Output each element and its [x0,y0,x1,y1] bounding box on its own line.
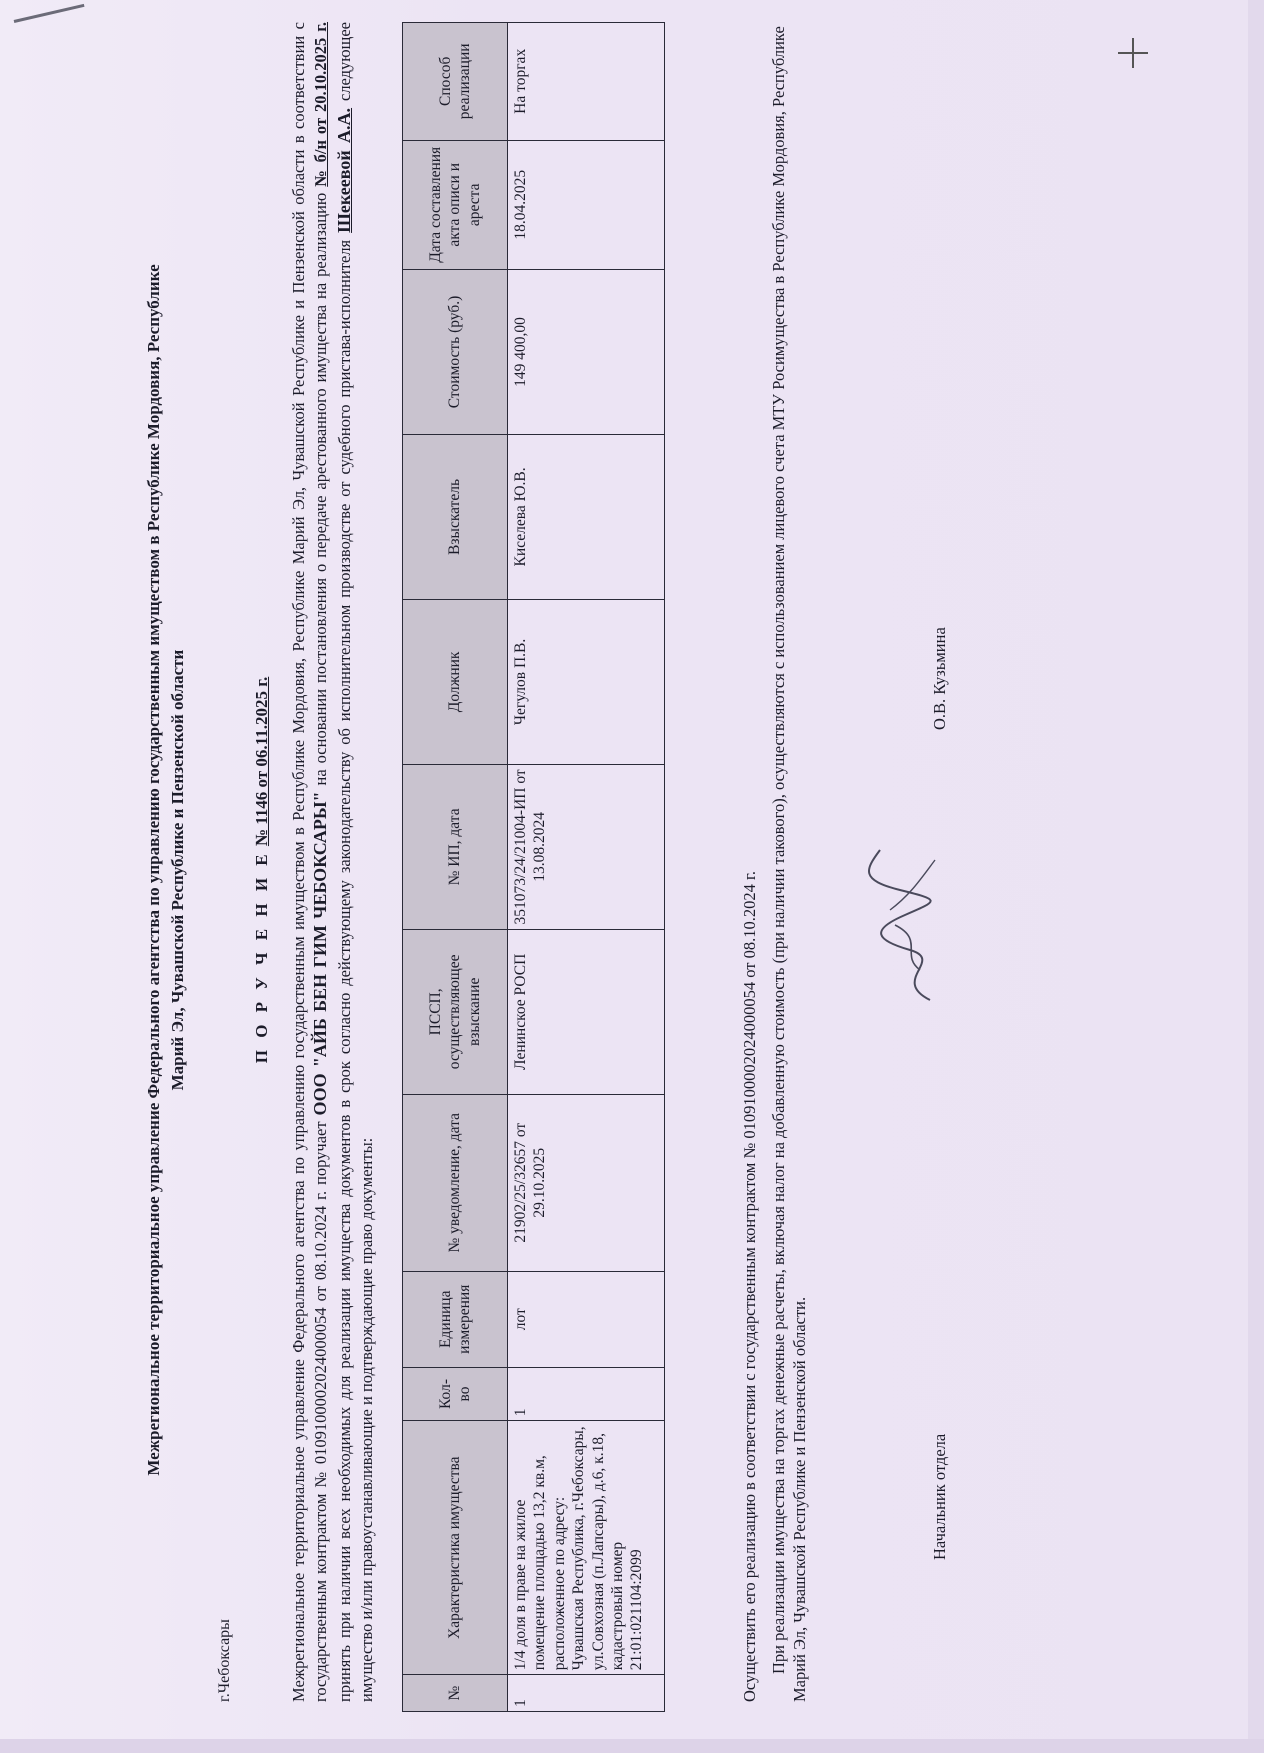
handwritten-signature-icon [850,840,960,1010]
col-header-bailiff-office: ПССП, осуществляющее взыскание [403,929,508,1094]
footer-instruction: Осуществить его реализацию в соответстви… [740,871,760,1702]
col-header-enforcement: № ИП, дата [403,764,508,929]
col-header-description: Характеристика имущества [403,1421,508,1675]
cell-quantity: 1 [508,1367,665,1420]
cell-sale-method: На торгах [508,23,665,141]
col-header-debtor: Должник [403,599,508,764]
signatory-name: О.В. Кузьмина [930,627,950,730]
cell-unit: лот [508,1271,665,1367]
cell-creditor: Киселева Ю.В. [508,434,665,599]
footer-payment-note: При реализации имущества на торгах денеж… [768,22,811,1702]
col-header-notice: № уведомление, дата [403,1094,508,1271]
col-header-unit: Единица измерения [403,1271,508,1367]
cell-arrest-date: 18.04.2025 [508,140,665,269]
scan-edge-bottom [0,1739,1264,1753]
cell-cost: 149 400,00 [508,269,665,434]
cell-description: 1/4 доля в праве на жилое помещение площ… [508,1421,665,1675]
decree-reference: № б/н от 20.10.2025 г. [311,22,330,187]
col-header-creditor: Взыскатель [403,434,508,599]
organization-header: Межрегиональное территориальное управлен… [120,10,190,1730]
property-table: № Характеристика имущества Кол-во Единиц… [402,22,665,1712]
col-header-sale-method: Способ реализации [403,23,508,141]
order-body-paragraph: Межрегиональное территориальное управлен… [288,22,378,1702]
order-title-word: П О Р У Ч Е Н И Е [252,850,271,1063]
cell-enforcement: 351073/24/21004-ИП от 13.08.2024 [508,764,665,929]
cell-notice: 21902/25/32657 от 29.10.2025 [508,1094,665,1271]
table-row: 1 1/4 доля в праве на жилое помещение пл… [508,23,665,1712]
cell-number: 1 [508,1675,665,1712]
order-number: № 1146 от 06.11.2025 г. [252,677,271,846]
body-part-2: на основании постановления о передаче ар… [311,187,330,792]
cell-debtor: Чегулов П.В. [508,599,665,764]
col-header-cost: Стоимость (руб.) [403,269,508,434]
city-label: г.Чебоксары [215,1619,235,1702]
order-title: П О Р У Ч Е Н И Е № 1146 от 06.11.2025 г… [252,10,273,1730]
bailiff-name: Шекеевой А.А. [334,108,354,233]
signatory-role: Начальник отдела [930,1434,950,1560]
company-name: ООО "АЙБ БЕН ГИМ ЧЕБОКСАРЫ" [310,791,330,1115]
col-header-quantity: Кол-во [403,1367,508,1420]
col-header-number: № [403,1675,508,1712]
cell-bailiff-office: Ленинское РОСП [508,929,665,1094]
org-header-line-2: Марий Эл, Чувашской Республике и Пензенс… [166,70,190,1670]
col-header-arrest-date: Дата составления акта описи и ареста [403,140,508,269]
table-header-row: № Характеристика имущества Кол-во Единиц… [403,23,508,1712]
rotated-document-page: Межрегиональное территориальное управлен… [120,10,1264,1730]
org-header-line-1: Межрегиональное территориальное управлен… [142,70,166,1670]
body-part-3: принять при наличии всех необходимых для… [335,233,354,1702]
